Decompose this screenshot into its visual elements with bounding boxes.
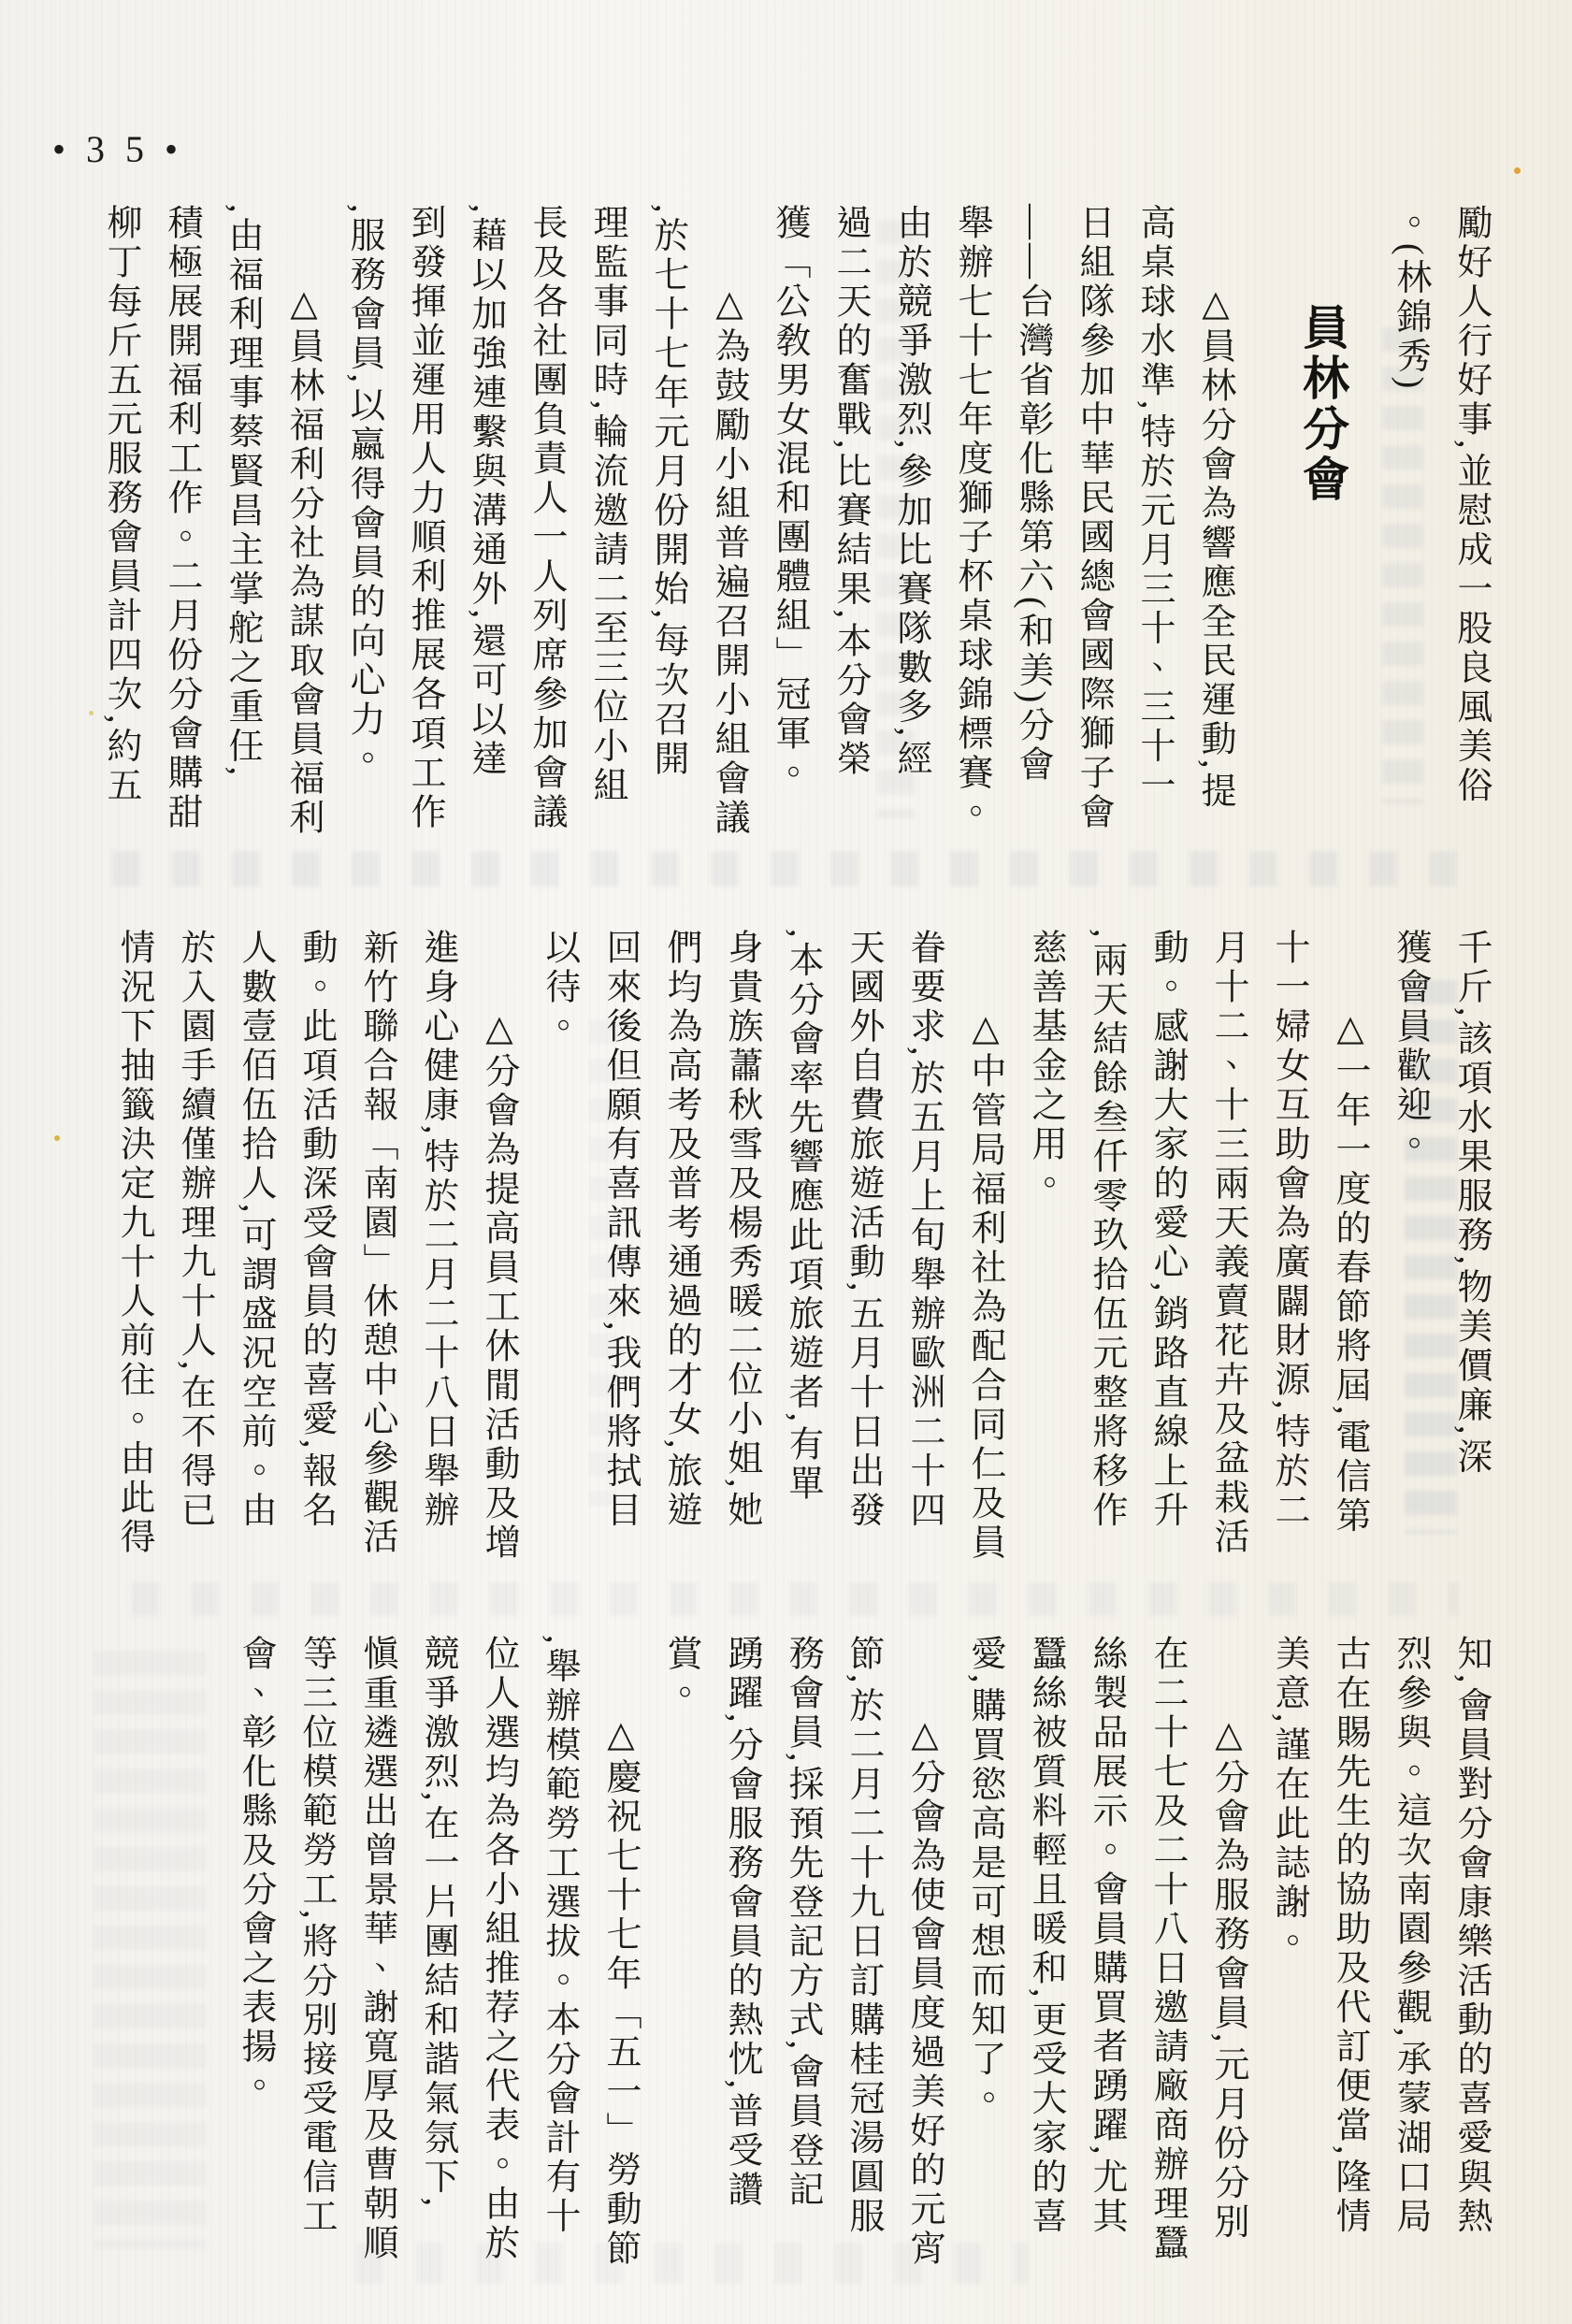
text-column: 賞。 — [650, 1635, 711, 2269]
text-column: 長及各社團負責人一人列席參加會議 — [515, 204, 576, 838]
page-number: • 3 5 • — [52, 127, 183, 171]
text-column: 天國外自費旅遊活動,五月十日出發 — [832, 929, 893, 1563]
text-column: 在二十七及二十八日邀請廠商辦理蠶 — [1136, 1635, 1197, 2269]
paper-speck — [54, 1135, 60, 1141]
text-column: 回來後但願有喜訊傳來,我們將拭目 — [589, 929, 650, 1563]
text-column: 過二天的奮戰,比賽結果,本分會榮 — [819, 204, 880, 838]
text-column: 勵好人行好事,並慰成一股良風美俗 — [1440, 204, 1501, 838]
text-column: △中管局福利社為配合同仁及員 — [954, 929, 1015, 1563]
text-column: 位人選均為各小組推荐之代表。由於 — [468, 1635, 528, 2269]
text-column: 愼重遴選出曾景華、謝寬厚及曹朝順 — [346, 1635, 407, 2269]
text-column: 千斤,該項水果服務,物美價廉,深 — [1440, 929, 1501, 1563]
text-column: 節,於二月二十九日訂購桂冠湯圓服 — [832, 1635, 893, 2269]
text-column: △一年一度的春節將屆,電信第 — [1319, 929, 1379, 1563]
text-column: 愛,購買慾高是可想而知了。 — [954, 1635, 1015, 2269]
text-column: 到發揮並運用人力順利推展各項工作 — [394, 204, 454, 838]
text-column: 動。感謝大家的愛心,銷路直線上升 — [1136, 929, 1197, 1563]
text-column: ,於七十七年元月份開始,每次召開 — [637, 204, 698, 838]
section-heading: 員林分會 — [1276, 204, 1368, 838]
text-column: 踴躍,分會服務會員的熱忱,普受讚 — [711, 1635, 772, 2269]
text-column: 絲製品展示。會員購買者踴躍,尤其 — [1075, 1635, 1136, 2269]
text-column: ,服務會員,以嬴得會員的向心力。 — [333, 204, 394, 838]
text-column: 烈參與。這次南園參觀,承蒙湖口局 — [1379, 1635, 1440, 2269]
text-column: ,舉辦模範勞工選拔。本分會計有十 — [528, 1635, 589, 2269]
bleedthrough-artifact — [112, 851, 1478, 887]
text-column: 們均為高考及普考通過的才女,旅遊 — [650, 929, 711, 1563]
text-column: △分會為提高員工休閒活動及增 — [468, 929, 528, 1563]
text-column: △分會為服務會員,元月份分別 — [1197, 1635, 1258, 2269]
text-column: 務會員,採預先登記方式,會員登記 — [772, 1635, 832, 2269]
text-column: 獲「公敎男女混和團體組」冠軍。 — [758, 204, 819, 838]
text-column: 等三位模範勞工,將分別接受電信工 — [285, 1635, 346, 2269]
text-column: 動。此項活動深受會員的喜愛,報名 — [285, 929, 346, 1563]
text-column: 積極展開福利工作。二月份分會購甜 — [151, 204, 211, 838]
bleedthrough-artifact — [131, 1582, 1459, 1616]
text-column: 。(林錦秀) — [1379, 204, 1440, 838]
text-column: 十一婦女互助會為廣闢財源,特於二 — [1258, 929, 1319, 1563]
text-column: 眷要求,於五月上旬舉辦歐洲二十四 — [893, 929, 954, 1563]
text-column: 會、彰化縣及分會之表揚。 — [224, 1635, 285, 2269]
bleedthrough-artifact — [94, 1651, 206, 2249]
text-band-top: 勵好人行好事,並慰成一股良風美俗。(林錦秀) 員林分會 △員林分會為響應全民運動… — [90, 204, 1501, 838]
text-column: 月十二、十三兩天義賣花卉及盆栽活 — [1197, 929, 1258, 1563]
text-column: 新竹聯合報「南園」休憩中心參觀活 — [346, 929, 407, 1563]
document-page: • 3 5 • 勵好人行好事,並慰成一股良風美俗。(林錦秀) 員林分會 △員林分… — [0, 0, 1572, 2324]
text-column: 人數壹佰伍拾人,可謂盛況空前。由 — [224, 929, 285, 1563]
text-column: 身貴族蕭秋雪及楊秀暖二位小姐,她 — [711, 929, 772, 1563]
text-band-middle: 千斤,該項水果服務,物美價廉,深獲會員歡迎。 △一年一度的春節將屆,電信第十一婦… — [103, 929, 1501, 1563]
text-column: 蠶絲被質料輕且暖和,更受大家的喜 — [1015, 1635, 1075, 2269]
text-band-bottom: 知,會員對分會康樂活動的喜愛與熱烈參與。這次南園參觀,承蒙湖口局古在賜先生的協助… — [224, 1635, 1501, 2269]
text-column: 舉辦七十七年度獅子杯桌球錦標賽。 — [941, 204, 1002, 838]
paper-speck — [1514, 167, 1521, 174]
text-column: ——台灣省彰化縣第六(和美)分會 — [1002, 204, 1062, 838]
text-column: 古在賜先生的協助及代訂便當,隆情 — [1319, 1635, 1379, 2269]
text-column: 高桌球水準,特於元月三十、三十一 — [1123, 204, 1184, 838]
text-column: ,由福利理事蔡賢昌主掌舵之重任, — [211, 204, 272, 838]
text-column: 於入園手續僅辦理九十人,在不得已 — [164, 929, 224, 1563]
text-column: 日組隊參加中華民國總會國際獅子會 — [1062, 204, 1123, 838]
text-column: ,兩天結餘叁仟零玖拾伍元整將移作 — [1075, 929, 1136, 1563]
text-column: 理監事同時,輪流邀請二至三位小組 — [576, 204, 637, 838]
text-column: △為鼓勵小組普遍召開小組會議 — [698, 204, 758, 838]
text-column: 競爭激烈,在一片團結和諧氣氛下, — [407, 1635, 468, 2269]
text-column: △分會為使會員度過美好的元宵 — [893, 1635, 954, 2269]
text-column: 柳丁每斤五元服務會員計四次,約五 — [90, 204, 151, 838]
text-column: △員林分會為響應全民運動,提 — [1184, 204, 1245, 838]
text-column: △慶祝七十七年「五一」勞動節 — [589, 1635, 650, 2269]
text-column: 慈善基金之用。 — [1015, 929, 1075, 1563]
text-column: 獲會員歡迎。 — [1379, 929, 1440, 1563]
text-column: 由於競爭激烈,參加比賽隊數多,經 — [880, 204, 941, 838]
text-column: 情況下抽籤決定九十人前往。由此得 — [103, 929, 164, 1563]
text-column: △員林福利分社為謀取會員福利 — [272, 204, 333, 838]
text-column: ,本分會率先響應此項旅遊者,有單 — [772, 929, 832, 1563]
text-column: 美意,謹在此誌謝。 — [1258, 1635, 1319, 2269]
text-column: 進身心健康,特於二月二十八日舉辦 — [407, 929, 468, 1563]
text-column: 以待。 — [528, 929, 589, 1563]
text-column: ,藉以加強連繫與溝通外,還可以達 — [454, 204, 515, 838]
text-column: 知,會員對分會康樂活動的喜愛與熱 — [1440, 1635, 1501, 2269]
